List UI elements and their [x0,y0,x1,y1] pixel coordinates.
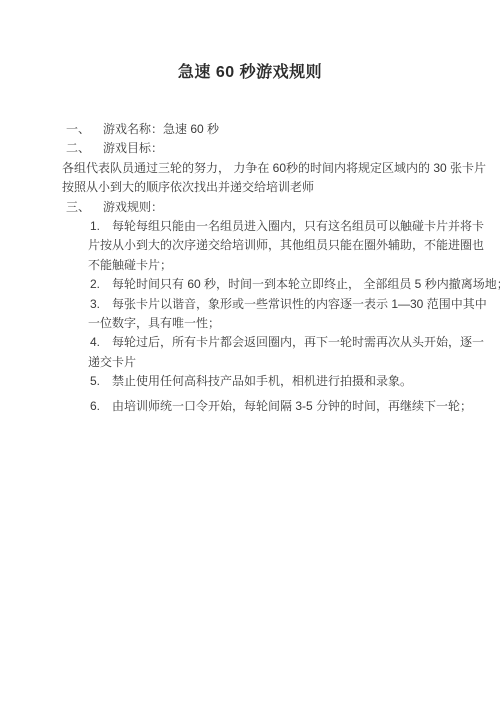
rule-line: 不能触碰卡片； [88,256,500,275]
rule-number: 6. [90,397,112,416]
list-item-text: 游戏名称：急速 60 秒 [103,122,219,136]
list-marker: 一、 [66,120,103,139]
rule-item-2: 2.每轮时间只有 60 秒，时间一到本轮立即终止， 全部组员 5 秒内撤离场地； [0,275,500,294]
rule-line: 5.禁止使用任何高科技产品如手机，相机进行拍摄和录象。 [88,372,500,391]
rule-text: 每轮每组只能由一名组员进入圈内，只有这名组员可以触碰卡片并将卡 [112,219,484,233]
rule-line: 片按从小到大的次序递交给培训师，其他组员只能在圈外辅助，不能进圈也 [88,236,500,255]
rule-number: 4. [90,333,112,352]
list-marker: 二、 [66,139,103,158]
list-item-game-goal: 二、游戏目标： [0,139,500,158]
rule-line: 1.每轮每组只能由一名组员进入圈内，只有这名组员可以触碰卡片并将卡 [88,217,500,236]
list-item-game-name: 一、游戏名称：急速 60 秒 [0,120,500,139]
rule-number: 1. [90,217,112,236]
rule-number: 3. [90,295,112,314]
rule-item-3: 3.每张卡片以谐音，象形或一些常识性的内容逐一表示 1—30 范围中其中 一位数… [0,295,500,334]
list-marker: 三、 [66,198,103,217]
rule-item-6: 6.由培训师统一口令开始，每轮间隔 3-5 分钟的时间，再继续下一轮； [0,397,500,416]
rule-text: 每张卡片以谐音，象形或一些常识性的内容逐一表示 1—30 范围中其中 [112,297,487,311]
rule-line: 6.由培训师统一口令开始，每轮间隔 3-5 分钟的时间，再继续下一轮； [88,397,500,416]
rule-number: 5. [90,372,112,391]
rule-item-4: 4.每轮过后，所有卡片都会返回圈内，再下一轮时需再次从头开始，逐一 递交卡片 [0,333,500,372]
document-title: 急速 60 秒游戏规则 [0,0,500,84]
rule-line: 3.每张卡片以谐音，象形或一些常识性的内容逐一表示 1—30 范围中其中 [88,295,500,314]
rule-text: 每轮时间只有 60 秒，时间一到本轮立即终止， 全部组员 5 秒内撤离场地； [112,277,500,291]
document-page: 急速 60 秒游戏规则 一、游戏名称：急速 60 秒 二、游戏目标： 各组代表队… [0,0,500,708]
list-item-text: 游戏目标： [103,141,163,155]
rule-line: 2.每轮时间只有 60 秒，时间一到本轮立即终止， 全部组员 5 秒内撤离场地； [88,275,500,294]
rule-text: 每轮过后，所有卡片都会返回圈内，再下一轮时需再次从头开始，逐一 [112,335,484,349]
rule-line: 4.每轮过后，所有卡片都会返回圈内，再下一轮时需再次从头开始，逐一 [88,333,500,352]
rule-number: 2. [90,275,112,294]
rule-text: 禁止使用任何高科技产品如手机，相机进行拍摄和录象。 [112,374,412,388]
list-item-game-rules: 三、游戏规则： [0,198,500,217]
goal-paragraph-line: 各组代表队员通过三轮的努力， 力争在 60秒的时间内将规定区域内的 30 张卡片 [0,159,500,178]
rule-text: 由培训师统一口令开始，每轮间隔 3-5 分钟的时间，再继续下一轮； [112,399,472,413]
goal-paragraph-line: 按照从小到大的顺序依次找出并递交给培训老师 [0,178,500,197]
rule-item-5: 5.禁止使用任何高科技产品如手机，相机进行拍摄和录象。 [0,372,500,391]
document-body: 一、游戏名称：急速 60 秒 二、游戏目标： 各组代表队员通过三轮的努力， 力争… [0,120,500,416]
rule-line: 递交卡片 [88,353,500,372]
list-item-text: 游戏规则： [103,200,163,214]
rule-line: 一位数字，具有唯一性； [88,314,500,333]
rule-item-1: 1.每轮每组只能由一名组员进入圈内，只有这名组员可以触碰卡片并将卡 片按从小到大… [0,217,500,275]
